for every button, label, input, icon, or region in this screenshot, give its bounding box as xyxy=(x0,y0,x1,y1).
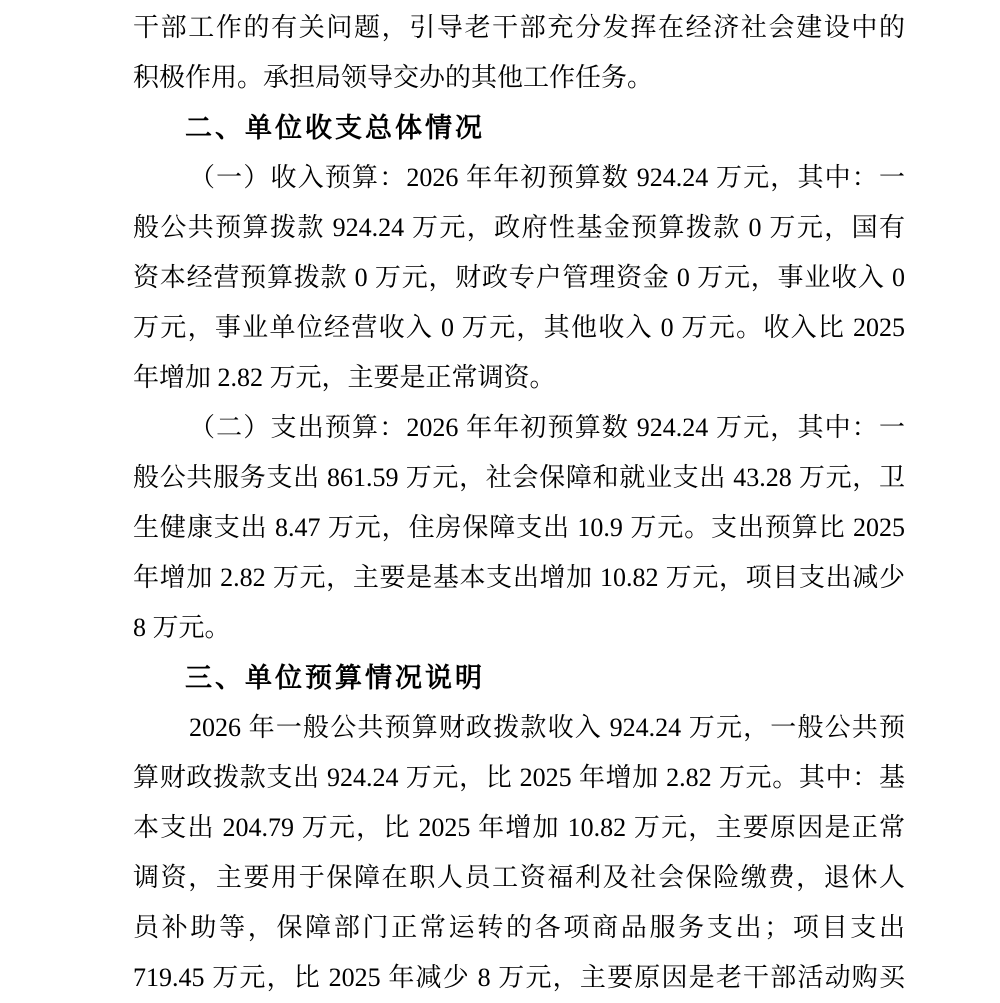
document-page: 干部工作的有关问题，引导老干部充分发挥在经济社会建设中的 积极作用。承担局领导交… xyxy=(0,0,1000,1003)
document-line: 调资，主要用于保障在职人员工资福利及社会保险缴费，退休人 xyxy=(133,853,905,903)
document-line: 年增加 2.82 万元，主要是基本支出增加 10.82 万元，项目支出减少 xyxy=(133,553,905,603)
document-line: 资本经营预算拨款 0 万元，财政专户管理资金 0 万元，事业收入 0 xyxy=(133,253,905,303)
section-heading: 三、单位预算情况说明 xyxy=(133,653,905,703)
document-line: 年增加 2.82 万元，主要是正常调资。 xyxy=(133,353,905,403)
document-line: 2026 年一般公共预算财政拨款收入 924.24 万元，一般公共预 xyxy=(133,703,905,753)
document-line: （二）支出预算：2026 年年初预算数 924.24 万元，其中：一 xyxy=(133,403,905,453)
document-line: 生健康支出 8.47 万元，住房保障支出 10.9 万元。支出预算比 2025 xyxy=(133,503,905,553)
section-heading: 二、单位收支总体情况 xyxy=(133,103,905,153)
document-line: 员补助等，保障部门正常运转的各项商品服务支出；项目支出 xyxy=(133,903,905,953)
document-line: 干部工作的有关问题，引导老干部充分发挥在经济社会建设中的 xyxy=(133,3,905,53)
document-line: 般公共预算拨款 924.24 万元，政府性基金预算拨款 0 万元，国有 xyxy=(133,203,905,253)
document-line: 8 万元。 xyxy=(133,603,905,653)
document-content: 干部工作的有关问题，引导老干部充分发挥在经济社会建设中的 积极作用。承担局领导交… xyxy=(133,3,905,1003)
document-line: 本支出 204.79 万元，比 2025 年增加 10.82 万元，主要原因是正… xyxy=(133,803,905,853)
document-line: 算财政拨款支出 924.24 万元，比 2025 年增加 2.82 万元。其中：… xyxy=(133,753,905,803)
document-line: 万元，事业单位经营收入 0 万元，其他收入 0 万元。收入比 2025 xyxy=(133,303,905,353)
document-line: （一）收入预算：2026 年年初预算数 924.24 万元，其中：一 xyxy=(133,153,905,203)
document-line: 般公共服务支出 861.59 万元，社会保障和就业支出 43.28 万元，卫 xyxy=(133,453,905,503)
document-line: 719.45 万元，比 2025 年减少 8 万元，主要原因是老干部活动购买 xyxy=(133,953,905,1003)
document-line: 积极作用。承担局领导交办的其他工作任务。 xyxy=(133,53,905,103)
